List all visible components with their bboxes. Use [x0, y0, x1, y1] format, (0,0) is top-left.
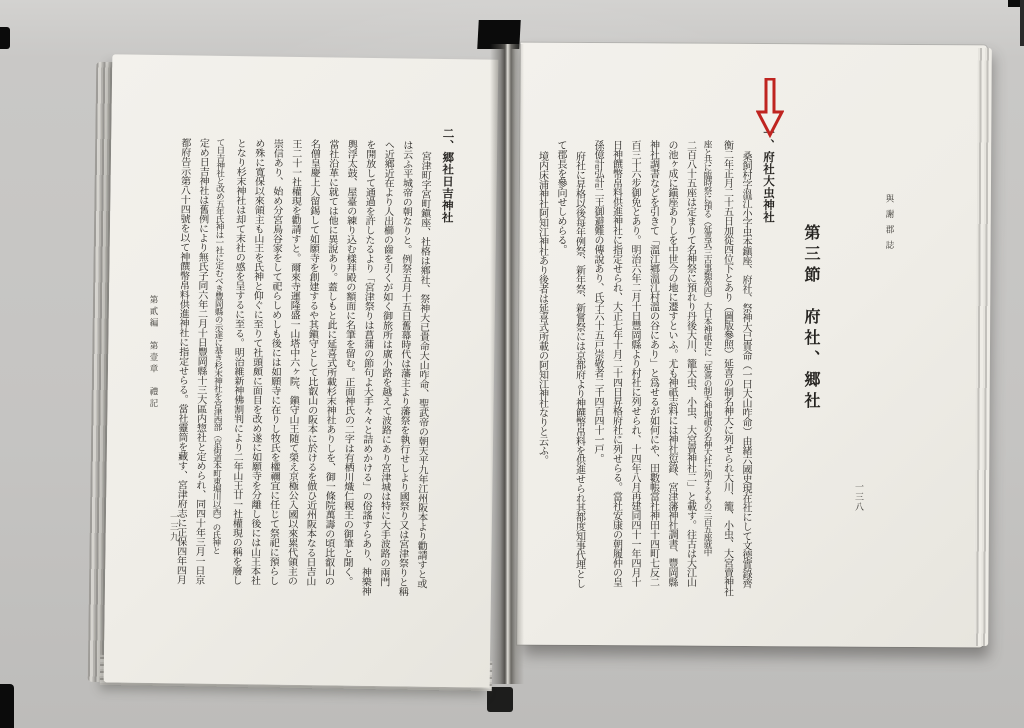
text-column: 神社調書などを引きて「溫江鄕溫江村溫の谷にあり」と爲せるが如何にや、田數帳當社神…: [643, 127, 662, 627]
photo-corner-mark: [0, 27, 10, 49]
section-heading: 第三節 府社、郷社: [799, 224, 822, 413]
running-title-right: 與謝郡誌: [884, 194, 896, 256]
right-page-text-block: 一、府社大虫神社 桑飼村字溫江小字虫本鎭座、府社、祭神大已貴命（一曰大山咋命）由…: [532, 127, 781, 627]
book-photograph: 與謝郡誌 第三節 府社、郷社 一三八 一、府社大虫神社 桑飼村字溫江小字虫本鎭座…: [0, 0, 1024, 728]
photo-edge-mark: [1020, 0, 1024, 46]
text-column: の池ヶ成に鎭座ありしを中世今の地に遷すといふ。尤も神祇志料には神社愆錄、宮津藩神…: [662, 127, 681, 627]
text-column: 衡二年正月二十五日加從四位下とあり（圖版參照）延喜の制名神大に列せられ大川、籠、…: [717, 127, 736, 627]
text-column: 日神饌幣帛料供進神社に指定せられ、大正七年十月二十四日昇格府社に列せらる。當社安…: [606, 127, 625, 627]
text-column: 座と共に臨時祭に預る（延喜式三古事類苑四）大日本神祇史に「延喜の制天神地祇の名神…: [699, 127, 718, 627]
right-page-fore-edge: [974, 48, 992, 646]
red-down-arrow-icon: [756, 78, 784, 138]
left-page-text-block: 二、郷社日吉神社 宮津町字宮町鎭座、社格は鄕社、祭神大已貴命大山咋命、聖武帝の朝…: [165, 124, 460, 627]
text-column: 府社に昇格以後每年例祭、新年祭、新嘗祭には京都府より神饌幣帛料を供進せられ其都度…: [569, 127, 588, 627]
running-title-left: 第貳編 第壹章 禮記: [148, 295, 160, 410]
page-number-right: 一三八: [853, 482, 866, 512]
text-column: 桑飼村字溫江小字虫本鎭座、府社、祭神大已貴命（一曰大山咋命）由緒六國史現在社にし…: [736, 127, 755, 627]
photo-corner-mark: [0, 684, 14, 728]
subsection-heading: 一、府社大虫神社: [754, 127, 781, 627]
text-column: 境内床浦神社阿知江神社あり後者は延喜式所載の阿知江神社なりと云ふ。: [532, 127, 551, 627]
subsection-heading: 二、郷社日吉神社: [428, 127, 460, 627]
text-column: 孫億計弘計二王御避難の傳說あり、氏子六十五戸崇敬者二千四百四十一戸。: [588, 127, 607, 627]
text-column: 二百八十五座は定まりて名神祭に預れり丹後大川、籠大虫、小虫、大宮賣神社二」と載す…: [680, 127, 699, 627]
text-column: て郡長を參向せしめらる。: [551, 127, 570, 627]
text-column: 百三十六步御免とあり。明治六年二月十日豐岡縣より村社に列せられ、十四年八月再建同…: [625, 127, 644, 627]
binding-gutter-shadow: [490, 44, 524, 684]
